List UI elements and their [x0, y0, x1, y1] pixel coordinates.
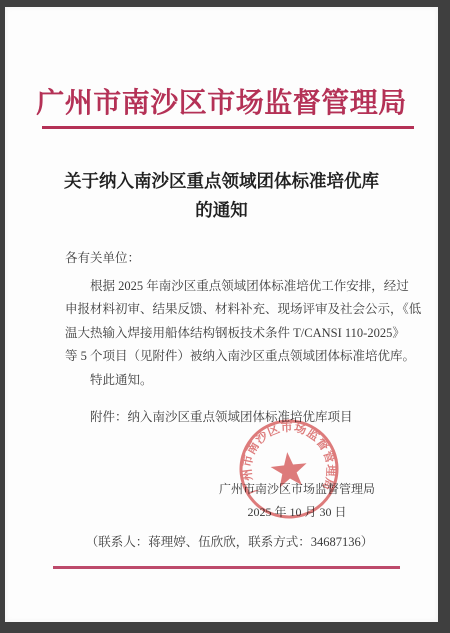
- contact-line: （联系人：蒋理婷、伍欣欣，联系方式：34687136）: [5, 532, 438, 550]
- seal-star-icon: [269, 450, 309, 488]
- document-title: 关于纳入南沙区重点领域团体标准培优库 的通知: [5, 167, 438, 225]
- document-title-line2: 的通知: [5, 196, 438, 225]
- paragraph-line: 温大热输入焊接用船体结构钢板技术条件 T/CANSI 110-2025》: [65, 322, 413, 346]
- signature-block: 广州市南沙区市场监督管理局 2025 年 10 月 30 日: [5, 483, 438, 519]
- salutation: 各有关单位：: [65, 247, 413, 271]
- closing-line: 特此通知。: [65, 369, 413, 393]
- paragraph-line: 等 5 个项目（见附件）被纳入南沙区重点领域团体标准培优库。: [65, 345, 413, 369]
- header-divider: [42, 126, 414, 129]
- document-body: 各有关单位： 根据 2025 年南沙区重点领域团体标准培优工作安排，经过 申报材…: [65, 247, 413, 430]
- agency-header-title: 广州市南沙区市场监督管理局: [5, 81, 438, 121]
- document-page: 广州市南沙区市场监督管理局 关于纳入南沙区重点领域团体标准培优库 的通知 各有关…: [5, 7, 438, 622]
- paragraph-line: 申报材料初审、结果反馈、材料补充、现场评审及社会公示，《低: [65, 298, 413, 322]
- official-seal: 广州市南沙区市场监督管理局: [229, 409, 350, 530]
- footer-divider: [53, 566, 400, 569]
- document-title-line1: 关于纳入南沙区重点领域团体标准培优库: [5, 167, 438, 196]
- paragraph-line: 根据 2025 年南沙区重点领域团体标准培优工作安排，经过: [65, 275, 413, 299]
